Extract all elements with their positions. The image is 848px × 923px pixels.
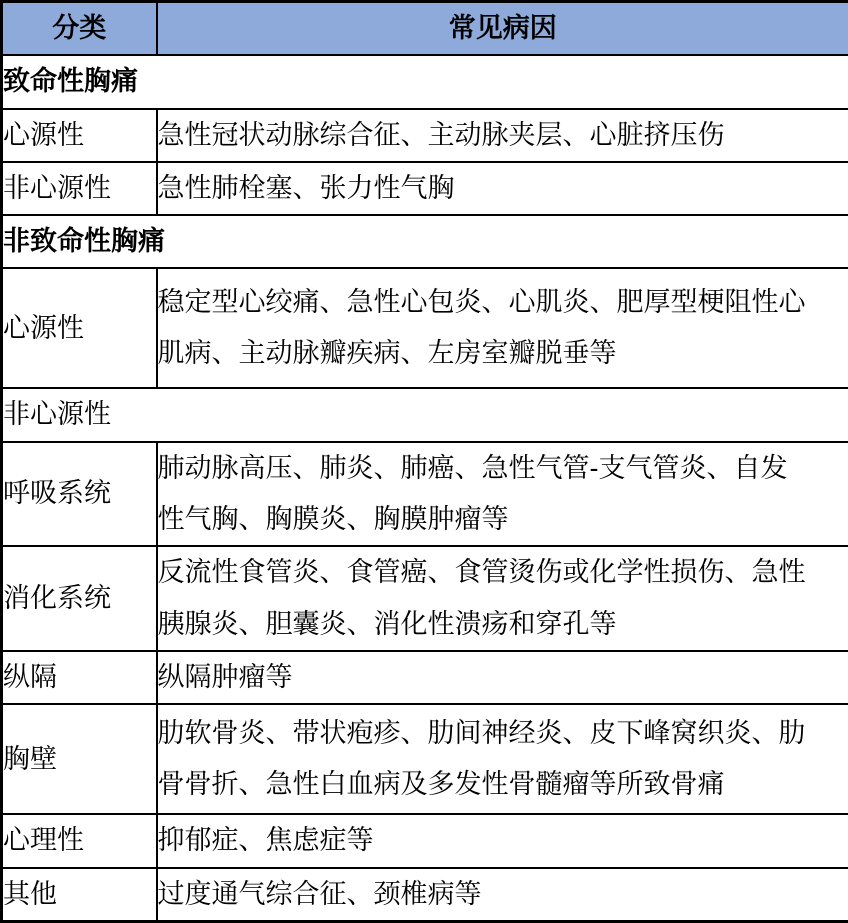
section-label: 致命性胸痛	[2, 55, 848, 108]
category-cell: 心理性	[2, 814, 157, 867]
category-cell: 消化系统	[2, 546, 157, 651]
table-row: 消化系统 反流性食管炎、食管癌、食管烫伤或化学性损伤、急性 胰腺炎、胆囊炎、消化…	[2, 546, 848, 651]
section-label: 非致命性胸痛	[2, 215, 848, 268]
table-row: 纵隔 纵隔肿瘤等	[2, 651, 848, 704]
causes-cell: 抑郁症、焦虑症等	[157, 814, 848, 867]
category-cell: 胸壁	[2, 704, 157, 814]
category-cell: 纵隔	[2, 651, 157, 704]
header-row: 分类 常见病因	[2, 2, 848, 56]
table-row: 其他 过度通气综合征、颈椎病等	[2, 868, 848, 922]
category-cell: 心源性	[2, 268, 157, 388]
causes-cell: 反流性食管炎、食管癌、食管烫伤或化学性损伤、急性 胰腺炎、胆囊炎、消化性溃疡和穿…	[157, 546, 848, 651]
column-header-category: 分类	[2, 2, 157, 56]
causes-cell: 过度通气综合征、颈椎病等	[157, 868, 848, 922]
causes-cell: 纵隔肿瘤等	[157, 651, 848, 704]
section-label: 非心源性	[2, 388, 848, 441]
table-row: 心源性 稳定型心绞痛、急性心包炎、心肌炎、肥厚型梗阻性心 肌病、主动脉瓣疾病、左…	[2, 268, 848, 388]
section-row-fatal: 致命性胸痛	[2, 55, 848, 108]
causes-cell: 肺动脉高压、肺炎、肺癌、急性气管-支气管炎、自发 性气胸、胸膜炎、胸膜肿瘤等	[157, 442, 848, 547]
causes-cell: 急性肺栓塞、张力性气胸	[157, 162, 848, 215]
causes-cell: 稳定型心绞痛、急性心包炎、心肌炎、肥厚型梗阻性心 肌病、主动脉瓣疾病、左房室瓣脱…	[157, 268, 848, 388]
category-cell: 心源性	[2, 109, 157, 162]
section-row-noncardiac: 非心源性	[2, 388, 848, 441]
table-row: 非心源性 急性肺栓塞、张力性气胸	[2, 162, 848, 215]
causes-cell: 肋软骨炎、带状疱疹、肋间神经炎、皮下峰窝织炎、肋 骨骨折、急性白血病及多发性骨髓…	[157, 704, 848, 814]
category-cell: 其他	[2, 868, 157, 922]
table-row: 呼吸系统 肺动脉高压、肺炎、肺癌、急性气管-支气管炎、自发 性气胸、胸膜炎、胸膜…	[2, 442, 848, 547]
table-row: 心理性 抑郁症、焦虑症等	[2, 814, 848, 867]
causes-cell: 急性冠状动脉综合征、主动脉夹层、心脏挤压伤	[157, 109, 848, 162]
column-header-causes: 常见病因	[157, 2, 848, 56]
section-row-nonfatal: 非致命性胸痛	[2, 215, 848, 268]
category-cell: 非心源性	[2, 162, 157, 215]
table-row: 胸壁 肋软骨炎、带状疱疹、肋间神经炎、皮下峰窝织炎、肋 骨骨折、急性白血病及多发…	[2, 704, 848, 814]
category-cell: 呼吸系统	[2, 442, 157, 547]
chest-pain-etiology-table: 分类 常见病因 致命性胸痛 心源性 急性冠状动脉综合征、主动脉夹层、心脏挤压伤 …	[0, 0, 848, 923]
table-row: 心源性 急性冠状动脉综合征、主动脉夹层、心脏挤压伤	[2, 109, 848, 162]
